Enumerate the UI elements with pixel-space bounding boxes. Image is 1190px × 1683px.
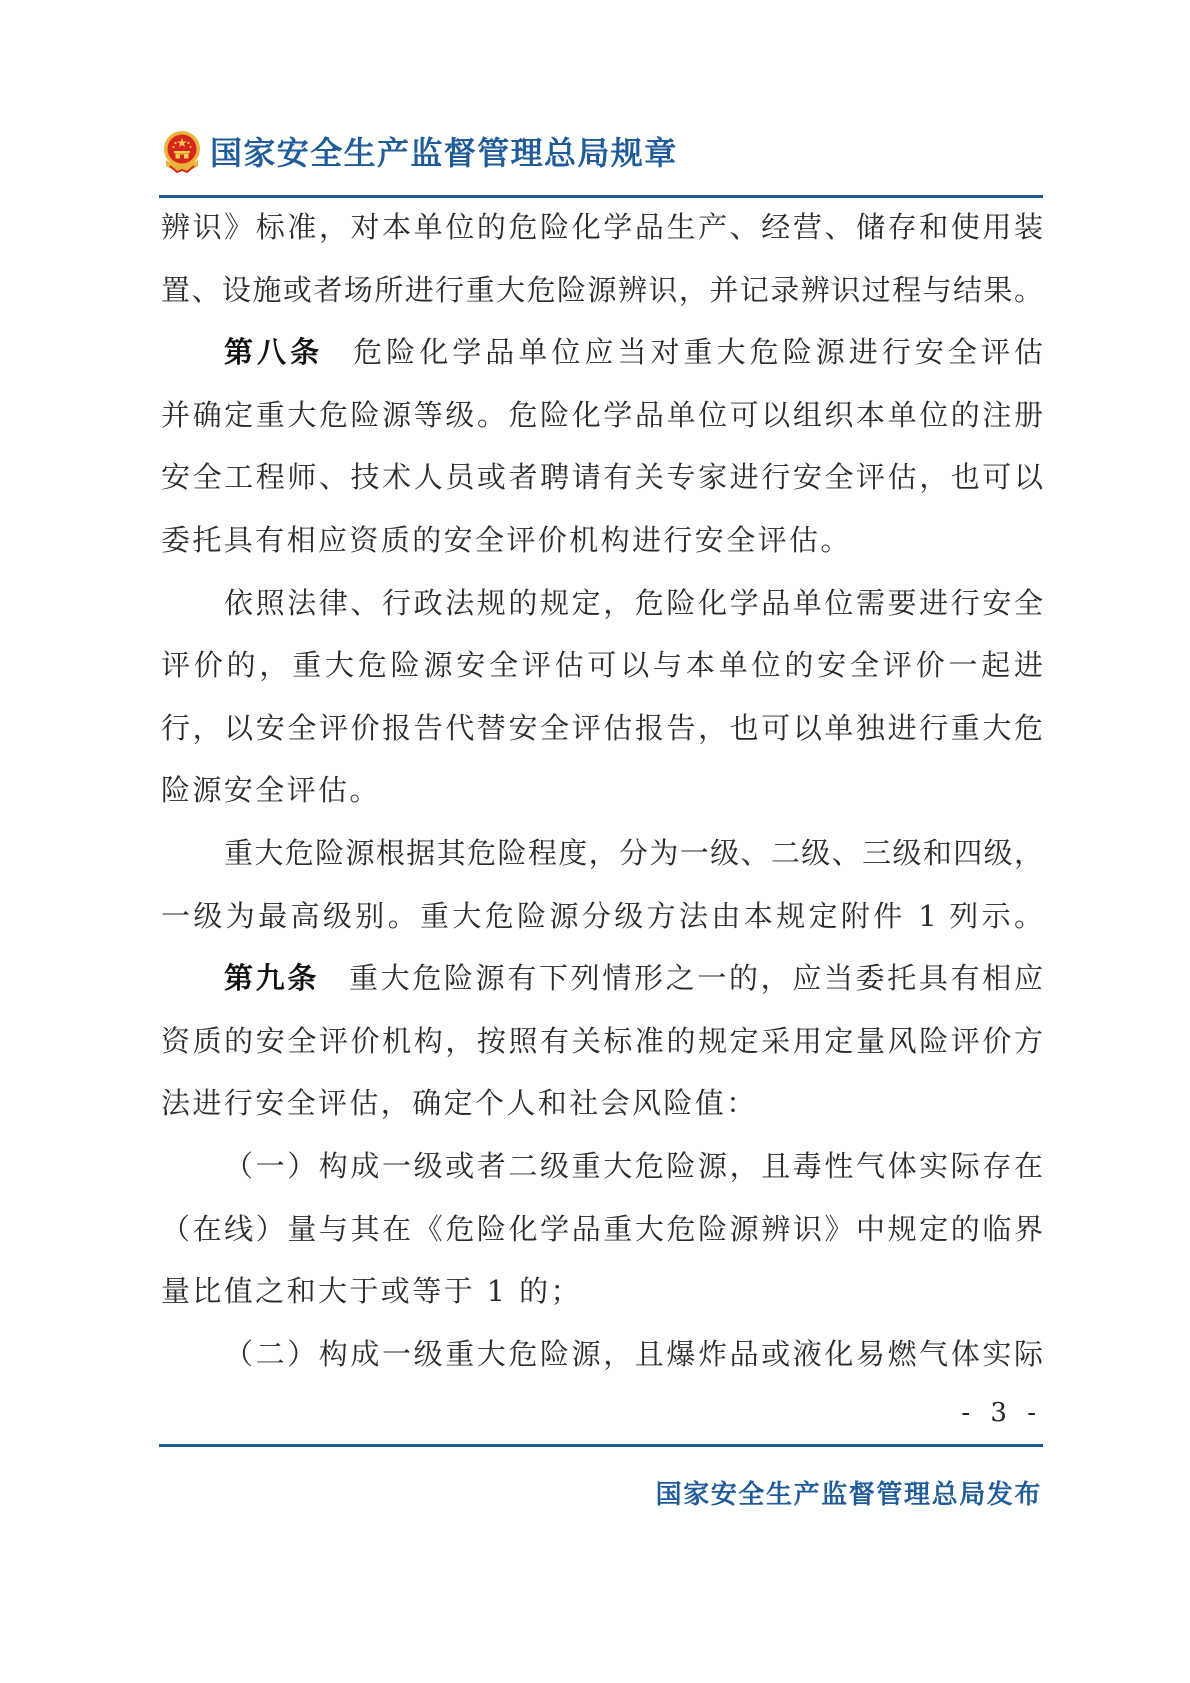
header-title: 国家安全生产监督管理总局规章	[210, 130, 678, 176]
page-number: - 3 -	[961, 1398, 1042, 1428]
article-label: 第九条	[224, 961, 319, 995]
body-line: 重大危险源根据其危险程度，分为一级、二级、三级和四级，	[161, 822, 1043, 885]
body-line: 评价的，重大危险源安全评估可以与本单位的安全评价一起进	[161, 634, 1043, 697]
body-line: 量比值之和大于或等于 1 的；	[161, 1260, 1043, 1323]
article-9-line: 第九条重大危险源有下列情形之一的，应当委托具有相应	[161, 947, 1043, 1010]
body-line: 法进行安全评估，确定个人和社会风险值：	[161, 1072, 1043, 1135]
article-label: 第八条	[224, 335, 323, 369]
body-line: 依照法律、行政法规的规定，危险化学品单位需要进行安全	[161, 572, 1043, 635]
body-line: 资质的安全评价机构，按照有关标准的规定采用定量风险评价方	[161, 1010, 1043, 1073]
body-line: 安全工程师、技术人员或者聘请有关专家进行安全评估，也可以	[161, 446, 1043, 509]
body-line: （二）构成一级重大危险源，且爆炸品或液化易燃气体实际	[161, 1323, 1043, 1386]
body-line: 一级为最高级别。重大危险源分级方法由本规定附件 1 列示。	[161, 885, 1043, 948]
footer-publisher: 国家安全生产监督管理总局发布	[656, 1474, 1042, 1511]
body-line: （一）构成一级或者二级重大危险源，且毒性气体实际存在	[161, 1135, 1043, 1198]
body-line-text: 重大危险源有下列情形之一的，应当委托具有相应	[349, 961, 1043, 995]
document-body: 辨识》标准，对本单位的危险化学品生产、经营、储存和使用装 置、设施或者场所进行重…	[161, 196, 1043, 1385]
body-line: 委托具有相应资质的安全评价机构进行安全评估。	[161, 509, 1043, 572]
document-header: 国家安全生产监督管理总局规章	[161, 128, 678, 178]
body-line-text: 危险化学品单位应当对重大危险源进行安全评估	[353, 335, 1043, 369]
body-line: 置、设施或者场所进行重大危险源辨识，并记录辨识过程与结果。	[161, 259, 1043, 322]
body-line: （在线）量与其在《危险化学品重大危险源辨识》中规定的临界	[161, 1198, 1043, 1261]
body-line: 辨识》标准，对本单位的危险化学品生产、经营、储存和使用装	[161, 196, 1043, 259]
article-8-line: 第八条危险化学品单位应当对重大危险源进行安全评估	[161, 321, 1043, 384]
body-line: 险源安全评估。	[161, 759, 1043, 822]
body-line: 并确定重大危险源等级。危险化学品单位可以组织本单位的注册	[161, 384, 1043, 447]
national-emblem-icon	[161, 130, 203, 176]
body-line: 行，以安全评价报告代替安全评估报告，也可以单独进行重大危	[161, 697, 1043, 760]
footer-divider	[159, 1444, 1043, 1447]
